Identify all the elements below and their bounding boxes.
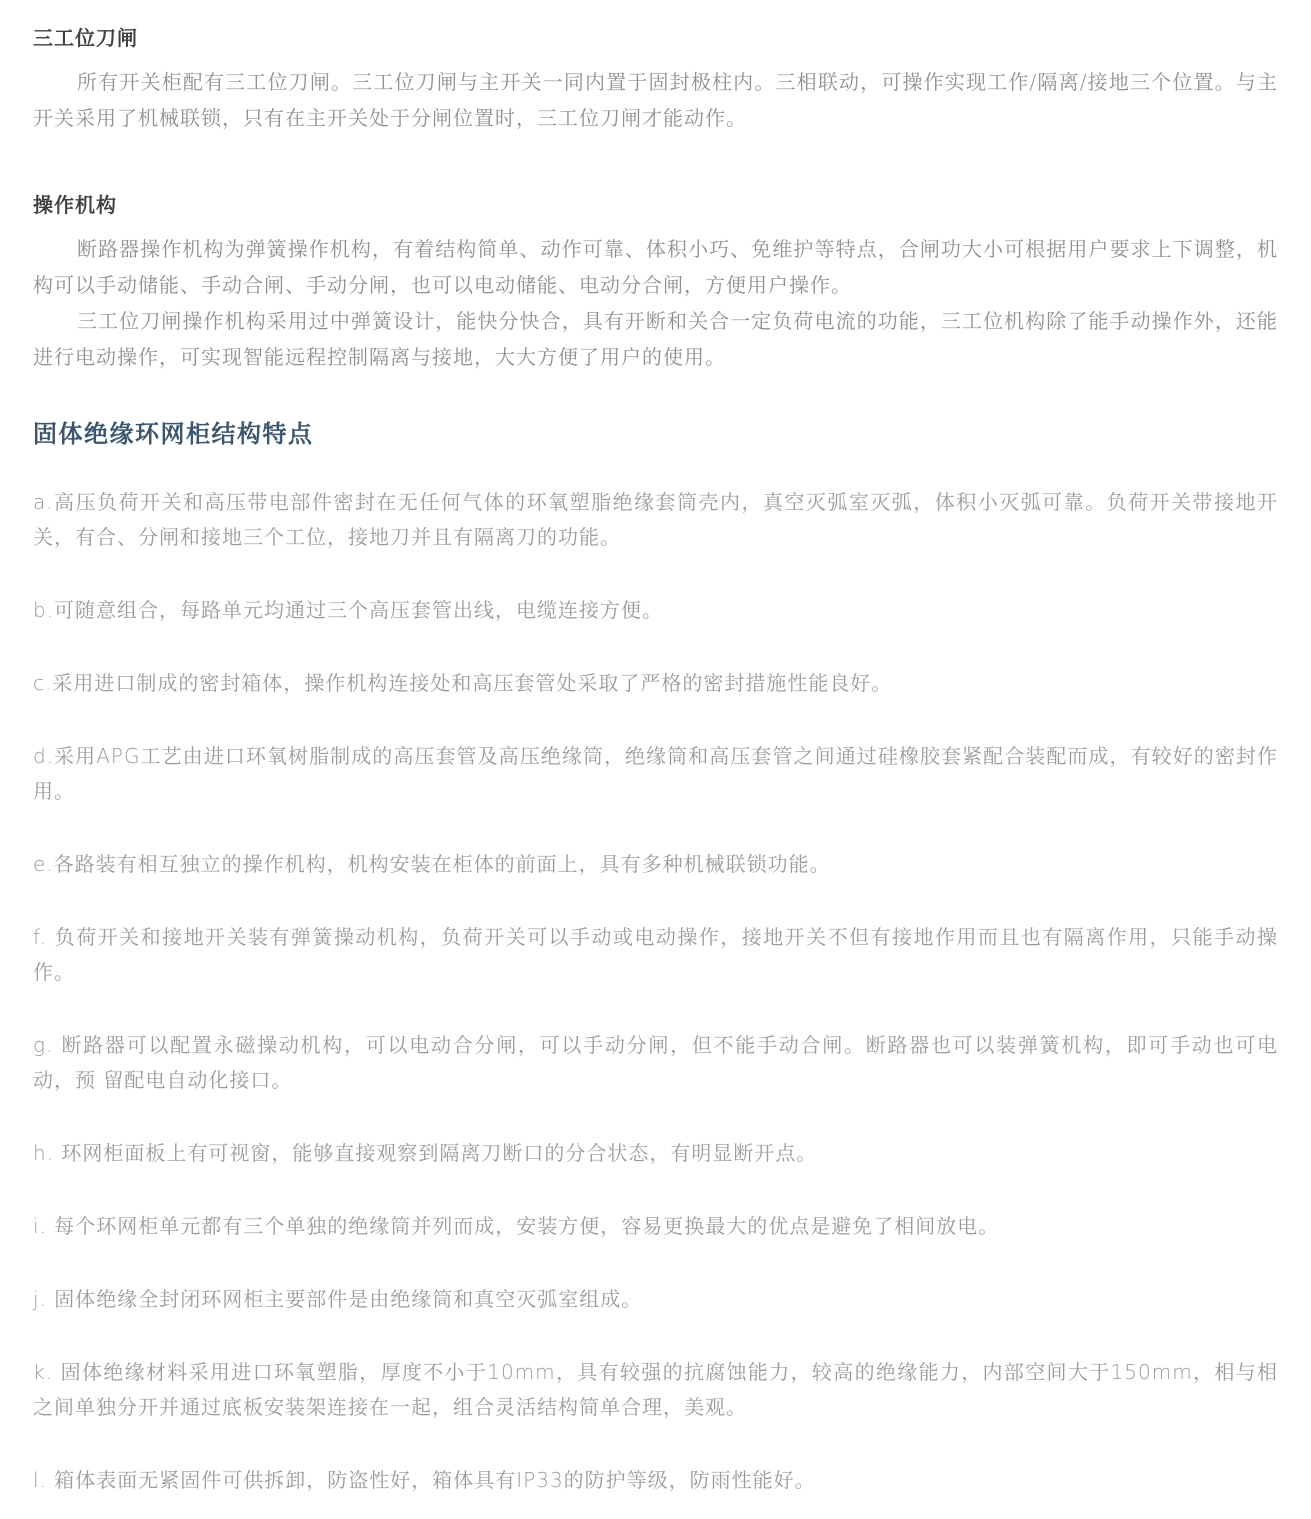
section-heading-three-position-switch: 三工位刀闸 (33, 24, 1278, 52)
feature-list: a.高压负荷开关和高压带电部件密封在无任何气体的环氧塑脂绝缘套筒壳内，真空灭弧室… (33, 485, 1278, 1498)
feature-item-e: e.各路装有相互独立的操作机构，机构安装在柜体的前面上，具有多种机械联锁功能。 (33, 847, 1278, 882)
paragraph: 三工位刀闸操作机构采用过中弹簧设计，能快分快合，具有开断和关合一定负荷电流的功能… (33, 303, 1278, 375)
section-heading-operating-mechanism: 操作机构 (33, 191, 1278, 219)
feature-item-i: i. 每个环网柜单元都有三个单独的绝缘筒并列而成，安装方便，容易更换最大的优点是… (33, 1209, 1278, 1244)
feature-item-f: f. 负荷开关和接地开关装有弹簧操动机构，负荷开关可以手动或电动操作，接地开关不… (33, 920, 1278, 990)
paragraph: 断路器操作机构为弹簧操作机构，有着结构简单、动作可靠、体积小巧、免维护等特点，合… (33, 231, 1278, 303)
feature-item-g: g. 断路器可以配置永磁操动机构，可以电动合分闸，可以手动分闸，但不能手动合闸。… (33, 1028, 1278, 1098)
section-three-position-switch: 三工位刀闸 所有开关柜配有三工位刀闸。三工位刀闸与主开关一同内置于固封极柱内。三… (33, 24, 1278, 136)
paragraph: 所有开关柜配有三工位刀闸。三工位刀闸与主开关一同内置于固封极柱内。三相联动，可操… (33, 64, 1278, 136)
feature-item-h: h. 环网柜面板上有可视窗，能够直接观察到隔离刀断口的分合状态，有明显断开点。 (33, 1136, 1278, 1171)
section-operating-mechanism: 操作机构 断路器操作机构为弹簧操作机构，有着结构简单、动作可靠、体积小巧、免维护… (33, 191, 1278, 375)
feature-item-d: d.采用APG工艺由进口环氧树脂制成的高压套管及高压绝缘筒，绝缘筒和高压套管之间… (33, 739, 1278, 809)
feature-item-k: k. 固体绝缘材料采用进口环氧塑脂，厚度不小于10mm，具有较强的抗腐蚀能力，较… (33, 1355, 1278, 1425)
feature-item-l: l. 箱体表面无紧固件可供拆卸，防盗性好，箱体具有IP33的防护等级，防雨性能好… (33, 1463, 1278, 1498)
feature-item-j: j. 固体绝缘全封闭环网柜主要部件是由绝缘筒和真空灭弧室组成。 (33, 1282, 1278, 1317)
feature-item-b: b.可随意组合，每路单元均通过三个高压套管出线，电缆连接方便。 (33, 593, 1278, 628)
document-page: 三工位刀闸 所有开关柜配有三工位刀闸。三工位刀闸与主开关一同内置于固封极柱内。三… (0, 0, 1311, 1519)
feature-item-a: a.高压负荷开关和高压带电部件密封在无任何气体的环氧塑脂绝缘套筒壳内，真空灭弧室… (33, 485, 1278, 555)
feature-item-c: c.采用进口制成的密封箱体，操作机构连接处和高压套管处采取了严格的密封措施性能良… (33, 666, 1278, 701)
feature-section-heading: 固体绝缘环网柜结构特点 (33, 417, 1278, 451)
